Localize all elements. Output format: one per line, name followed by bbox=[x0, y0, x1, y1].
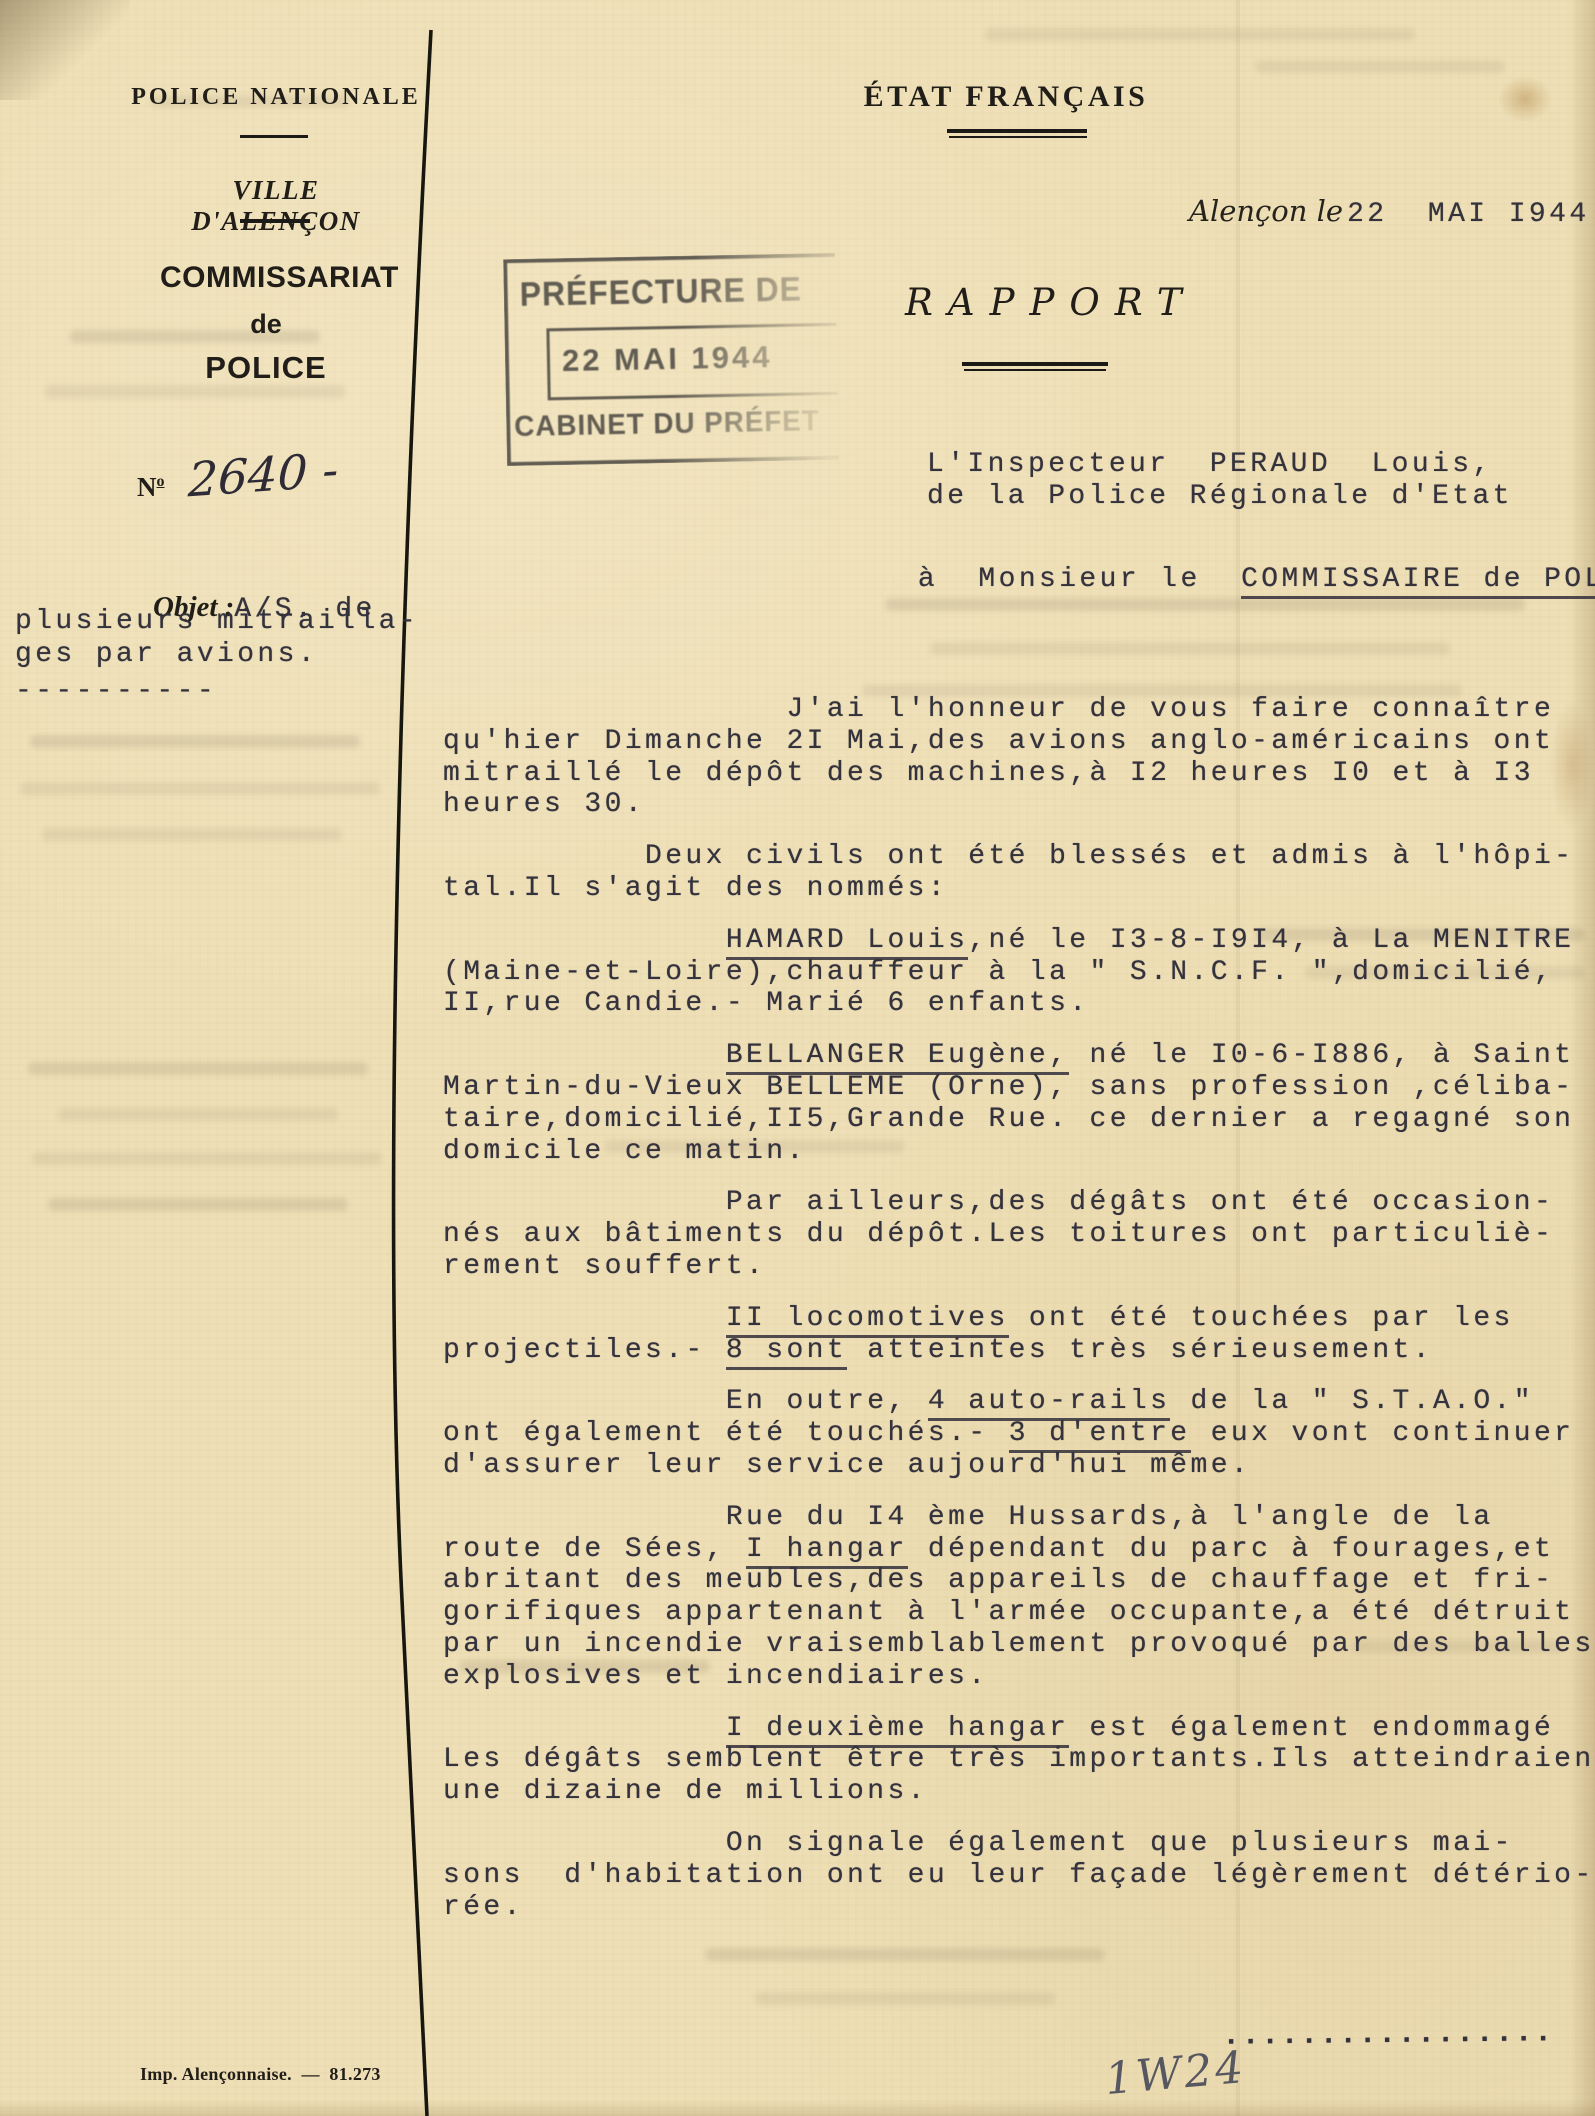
body-line: II,rue Candie.- Marié 6 enfants. bbox=[443, 988, 1595, 1020]
office-name-line3: POLICE bbox=[160, 350, 372, 386]
paragraph: Par ailleurs,des dégâts ont été occasion… bbox=[443, 1187, 1595, 1282]
body-line: rée. bbox=[443, 1892, 1595, 1924]
printer-imprint: Imp. Alençonnaise. — 81.273 bbox=[140, 2064, 381, 2085]
state-title: ÉTAT FRANÇAIS bbox=[860, 80, 1152, 114]
body-line: explosives et incendiaires. bbox=[443, 1661, 1595, 1693]
body-line: par un incendie vraisemblablement provoq… bbox=[443, 1629, 1595, 1661]
body-line: En outre, 4 auto-rails de la " S.T.A.O." bbox=[443, 1386, 1595, 1418]
paragraph: J'ai l'honneur de vous faire connaîtrequ… bbox=[443, 694, 1595, 821]
agency-name: POLICE NATIONALE bbox=[128, 84, 424, 111]
report-title: RAPPORT bbox=[905, 281, 1197, 324]
paragraph: Rue du I4 ème Hussards,à l'angle de laro… bbox=[443, 1502, 1595, 1693]
date-value: 22 MAI I944. bbox=[1347, 199, 1595, 230]
office-name-line1: COMMISSARIAT bbox=[160, 261, 372, 295]
body-line: On signale également que plusieurs mai- bbox=[443, 1828, 1595, 1860]
report-title-rule-thin bbox=[964, 369, 1106, 371]
city-name: VILLE D'ALENÇON bbox=[150, 175, 402, 237]
body-line: taire,domicilié,II5,Grande Rue. ce derni… bbox=[443, 1104, 1595, 1136]
body-line: II locomotives ont été touchées par les bbox=[443, 1303, 1595, 1335]
report-body: J'ai l'honneur de vous faire connaîtrequ… bbox=[443, 694, 1595, 1943]
stamp-date: 22 MAI 1944 bbox=[549, 326, 842, 392]
place-date-line: Alençon le 22 MAI I944. bbox=[1173, 176, 1595, 248]
body-line: Deux civils ont été blessés et admis à l… bbox=[443, 841, 1595, 873]
stamp-line1: PRÉFECTURE DE bbox=[519, 270, 802, 314]
addressee-line: à Monsieur le COMMISSAIRE de POLICE bbox=[837, 533, 1595, 626]
addressee-underlined: COMMISSAIRE de POLICE bbox=[1241, 564, 1595, 599]
body-line: HAMARD Louis,né le I3-8-I9I4, à La MENIT… bbox=[443, 925, 1595, 957]
body-line: abritant des meubles,des appareils de ch… bbox=[443, 1565, 1595, 1597]
body-line: sons d'habitation ont eu leur façade lég… bbox=[443, 1860, 1595, 1892]
office-name-line2: de bbox=[160, 309, 372, 340]
body-line: Par ailleurs,des dégâts ont été occasion… bbox=[443, 1187, 1595, 1219]
paragraph: BELLANGER Eugène, né le I0-6-I886, à Sai… bbox=[443, 1040, 1595, 1167]
paragraph: On signale également que plusieurs mai-s… bbox=[443, 1828, 1595, 1923]
paragraph: II locomotives ont été touchées par lesp… bbox=[443, 1303, 1595, 1367]
body-line: nés aux bâtiments du dépôt.Les toitures … bbox=[443, 1219, 1595, 1251]
paragraph: HAMARD Louis,né le I3-8-I9I4, à La MENIT… bbox=[443, 925, 1595, 1020]
body-line: Rue du I4 ème Hussards,à l'angle de la bbox=[443, 1502, 1595, 1534]
paragraph: I deuxième hangar est également endommag… bbox=[443, 1713, 1595, 1808]
body-line: domicile ce matin. bbox=[443, 1136, 1595, 1168]
paragraph: En outre, 4 auto-rails de la " S.T.A.O."… bbox=[443, 1386, 1595, 1481]
body-line: mitraillé le dépôt des machines,à I2 heu… bbox=[443, 758, 1595, 790]
objet-line3: ges par avions. bbox=[15, 639, 318, 670]
paragraph: Deux civils ont été blessés et admis à l… bbox=[443, 841, 1595, 905]
body-line: rement souffert. bbox=[443, 1251, 1595, 1283]
body-line: BELLANGER Eugène, né le I0-6-I886, à Sai… bbox=[443, 1040, 1595, 1072]
signature-dots: ................. bbox=[1222, 2016, 1554, 2053]
body-line: gorifiques appartenant à l'armée occupan… bbox=[443, 1597, 1595, 1629]
addressee-prefix: à Monsieur le bbox=[918, 564, 1241, 595]
report-title-rule-thick bbox=[962, 362, 1108, 366]
body-line: tal.Il s'agit des nommés: bbox=[443, 873, 1595, 905]
body-line: heures 30. bbox=[443, 789, 1595, 821]
body-line: Les dégâts semblent être très importants… bbox=[443, 1744, 1595, 1776]
prefecture-stamp: PRÉFECTURE DE 22 MAI 1944 CABINET DU PRÉ… bbox=[503, 253, 839, 466]
report-number-handwritten: 2640 - bbox=[187, 443, 339, 509]
body-line: projectiles.- 8 sont atteintes très séri… bbox=[443, 1335, 1595, 1367]
place-prefix: Alençon le bbox=[1189, 194, 1343, 228]
masthead-rule bbox=[240, 135, 308, 138]
body-line: d'assurer leur service aujourd'hui même. bbox=[443, 1450, 1595, 1482]
state-title-rule-thin bbox=[949, 136, 1087, 138]
body-line: ont également été touchés.- 3 d'entre eu… bbox=[443, 1418, 1595, 1450]
body-line: (Maine-et-Loire),chauffeur à la " S.N.C.… bbox=[443, 957, 1595, 989]
stamp-date-box: 22 MAI 1944 bbox=[546, 323, 842, 401]
sender-line1: L'Inspecteur PERAUD Louis, bbox=[927, 449, 1493, 480]
body-line: J'ai l'honneur de vous faire connaître bbox=[443, 694, 1595, 726]
masthead-rule bbox=[240, 219, 310, 223]
scanned-report-page: POLICE NATIONALE VILLE D'ALENÇON COMMISS… bbox=[0, 0, 1595, 2116]
objet-line2: plusieurs mitrailla- bbox=[15, 606, 419, 637]
state-title-rule-thick bbox=[947, 129, 1087, 133]
report-number-label: No bbox=[137, 472, 165, 503]
body-line: I deuxième hangar est également endommag… bbox=[443, 1713, 1595, 1745]
body-line: une dizaine de millions. bbox=[443, 1776, 1595, 1808]
body-line: route de Sées, I hangar dépendant du par… bbox=[443, 1534, 1595, 1566]
sender-line2: de la Police Régionale d'Etat bbox=[927, 481, 1513, 512]
stamp-line2: CABINET DU PRÉFET bbox=[514, 405, 820, 444]
body-line: qu'hier Dimanche 2I Mai,des avions anglo… bbox=[443, 726, 1595, 758]
objet-dashes: ---------- bbox=[15, 676, 217, 707]
body-line: Martin-du-Vieux BELLEME (Orne), sans pro… bbox=[443, 1072, 1595, 1104]
